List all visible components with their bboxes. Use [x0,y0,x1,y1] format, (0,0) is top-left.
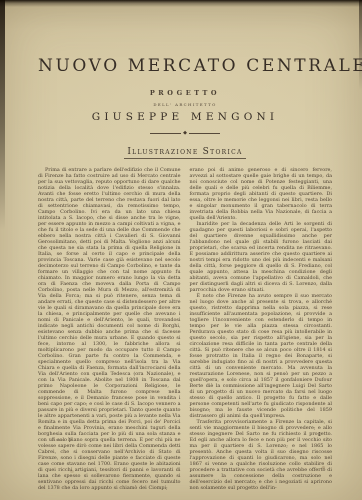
right-column: erano poi di animo generoso e di sincero… [190,167,333,491]
body-paragraph: Inaridite per la decadenza delle Arti le… [190,221,333,293]
section-heading: Illustrazione Storica [124,147,245,159]
subtitle: PROGETTO [38,89,332,97]
divider-line-right [189,133,220,134]
page-title: NUOVO MERCATO CENTRALE [38,56,332,76]
paper-background: NUOVO MERCATO CENTRALE PROGETTO DELL' AR… [0,0,362,500]
page-number: 1 [318,432,322,438]
fascicle-mark: Fasc. N. [52,438,74,443]
text-columns: Prima di entrare a parlare dell'edifizio… [38,167,332,491]
body-paragraph: erano poi di animo generoso e di sincero… [190,167,333,221]
body-paragraph: È noto che Firenze ha avuto sempre il su… [190,293,333,419]
page-content: NUOVO MERCATO CENTRALE PROGETTO DELL' AR… [0,0,362,500]
body-paragraph: Trasferita provvisoriamente a Firenze la… [190,419,333,491]
divider-line-left [150,133,181,134]
byline-prefix: DELL' ARCHITETTO [38,102,332,107]
author-name: GIUSEPPE MENGONI [38,111,332,123]
scanned-page: { "colors": { "paper": "#d7cba6", "ink":… [0,0,362,500]
